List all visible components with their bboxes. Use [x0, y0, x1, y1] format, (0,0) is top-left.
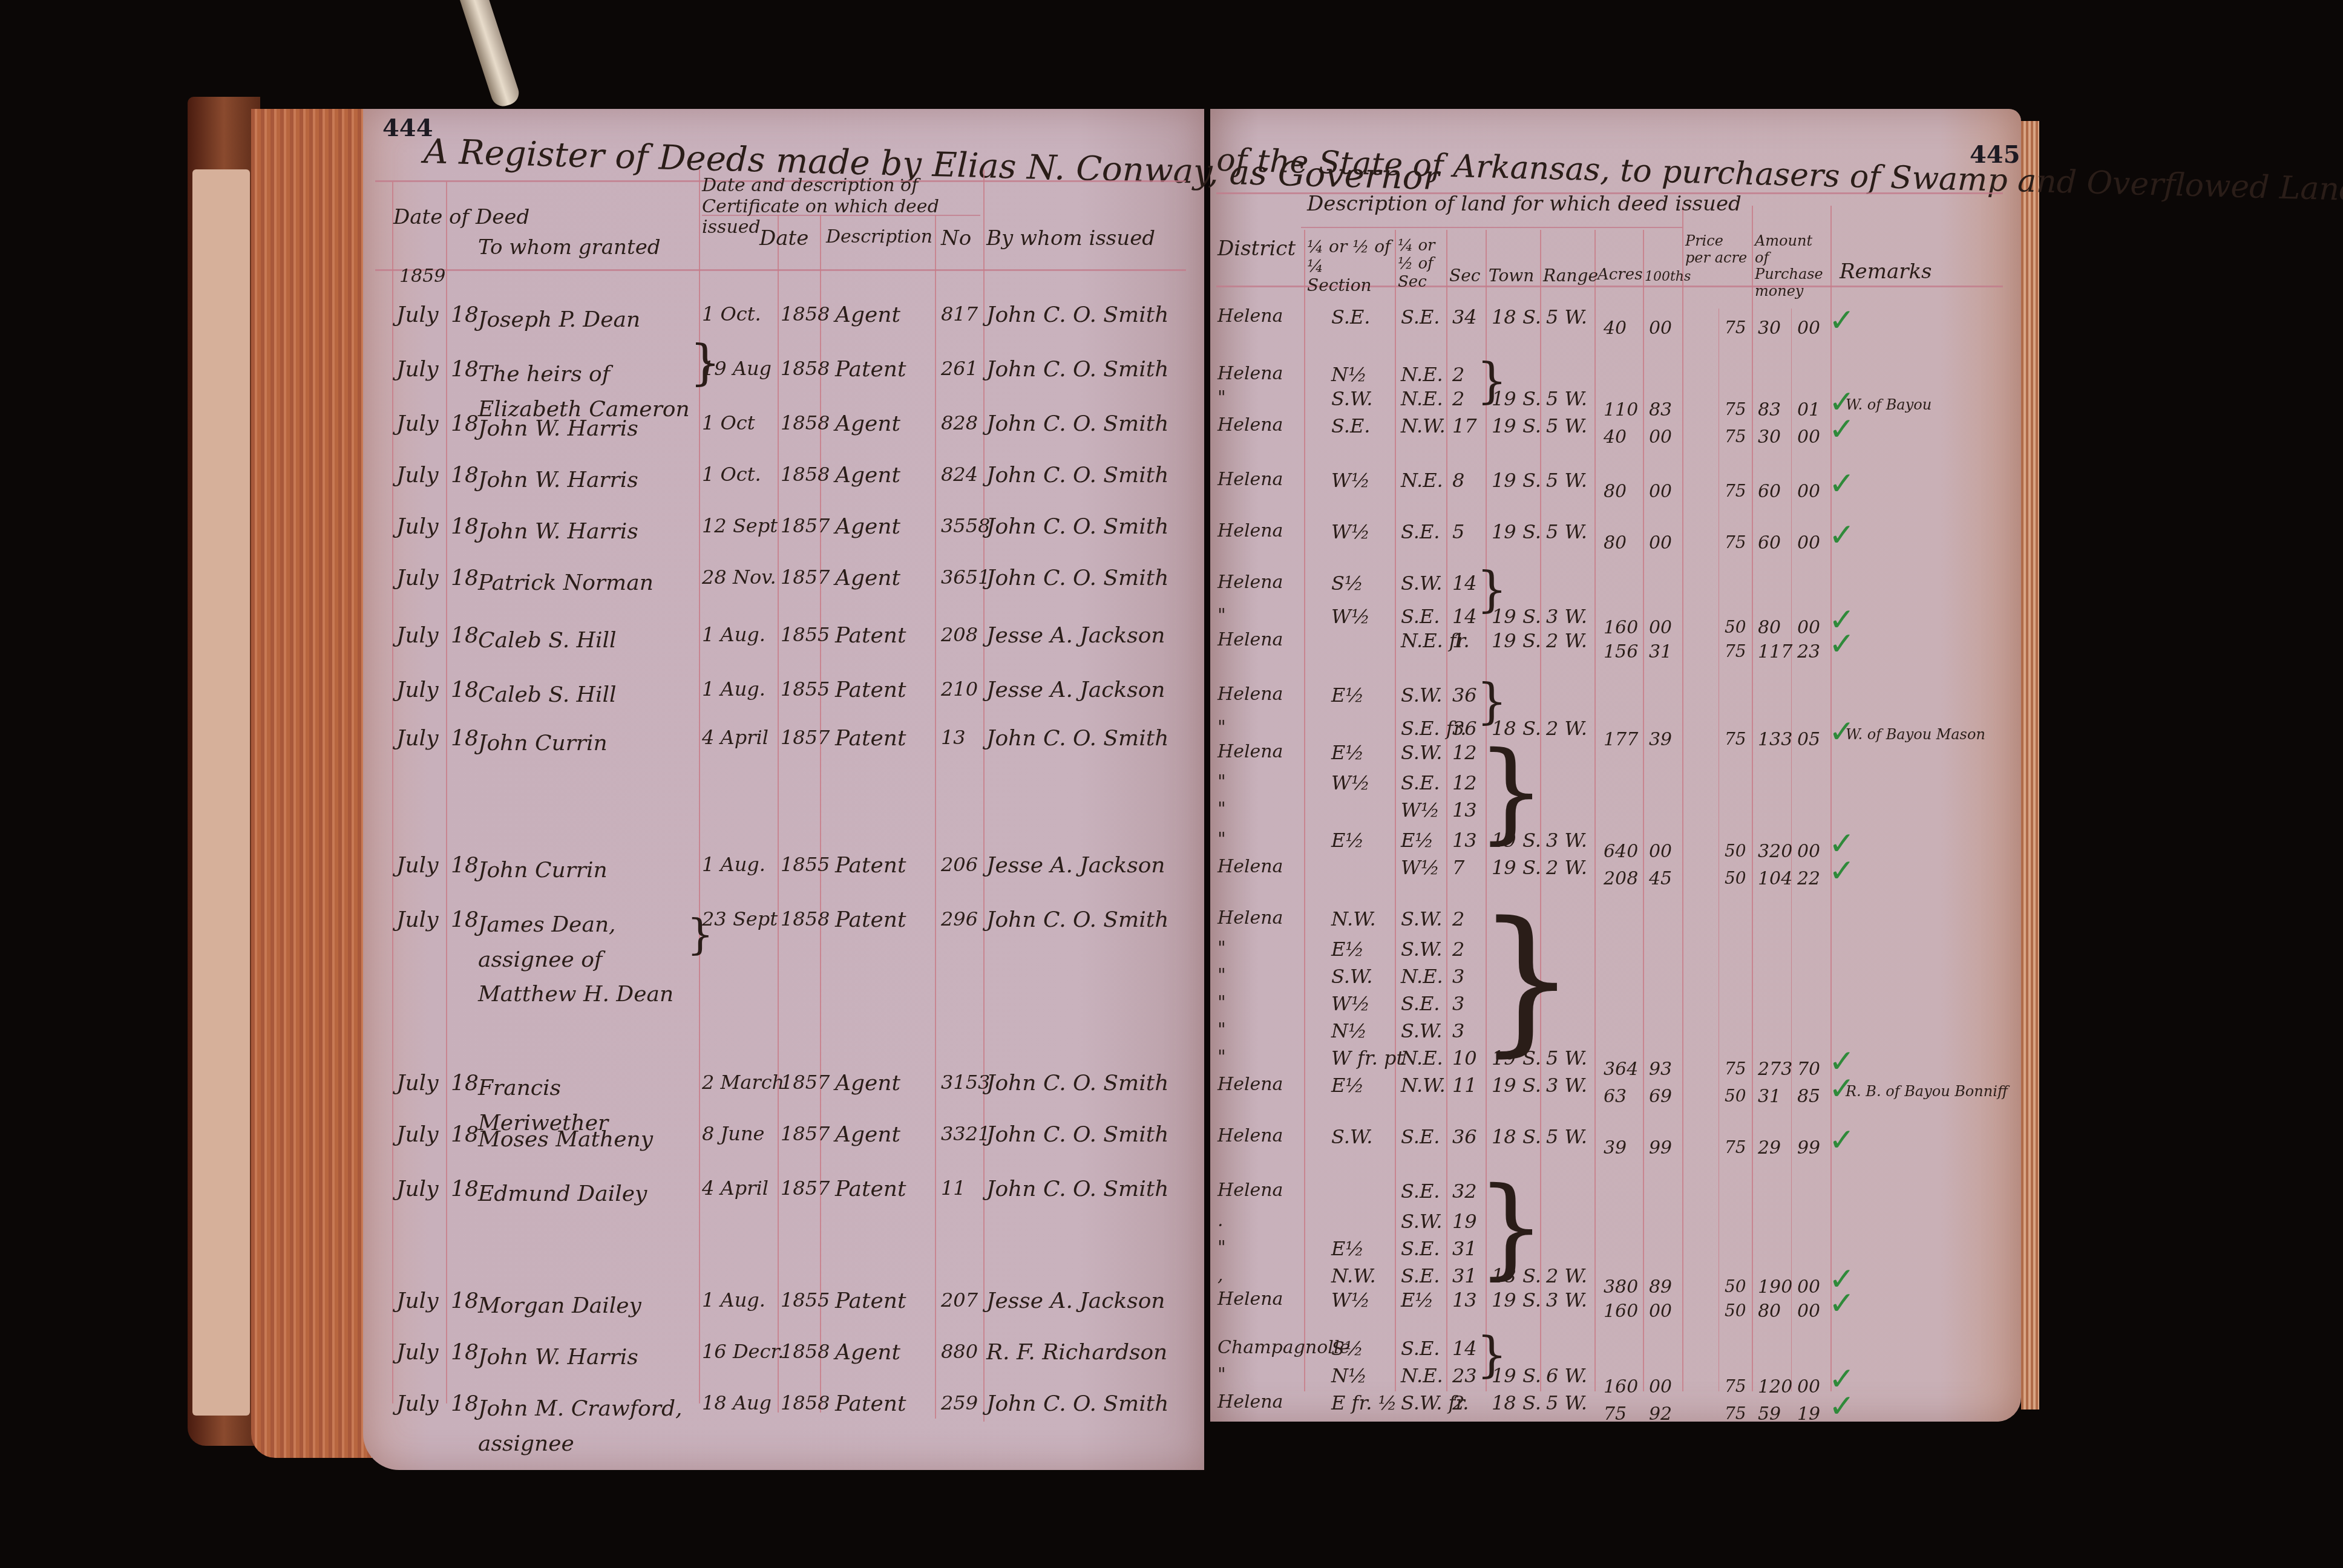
range: 3 W.: [1546, 1289, 1587, 1312]
certificate-date: 1 Aug.: [702, 678, 765, 701]
acres-hundredths: 00: [1649, 532, 1672, 554]
of-section: S.E.: [1401, 305, 1440, 328]
certificate-date: 1 Aug.: [702, 1289, 765, 1312]
issuer-name: John C. O. Smith: [986, 302, 1168, 327]
district-name: Helena: [1217, 629, 1283, 650]
range: 6 W.: [1546, 1364, 1587, 1387]
deed-day: 18: [451, 907, 479, 932]
deed-day: 18: [451, 463, 479, 488]
district-name: Helena: [1217, 414, 1283, 436]
of-section: S.W.: [1401, 938, 1442, 961]
district-name: ": [1217, 717, 1226, 738]
certificate-date: 4 April: [702, 726, 768, 749]
grantee-name: John W. Harris: [478, 463, 696, 498]
deed-day: 18: [451, 357, 479, 382]
of-section: S.E.: [1401, 771, 1440, 794]
certificate-date: 1 Oct: [702, 411, 755, 434]
section-number: 13: [1452, 1289, 1477, 1312]
certificate-date: 16 Decr.: [702, 1340, 784, 1363]
acres-hundredths: 00: [1649, 841, 1672, 862]
purchase-money-cents: 00: [1797, 481, 1820, 502]
col-line: [1682, 206, 1683, 1391]
purchase-money-dollars: 30: [1758, 426, 1781, 448]
deed-month: July: [396, 853, 438, 878]
issuer-name: John C. O. Smith: [986, 1071, 1168, 1096]
of-section: E½: [1401, 1289, 1434, 1312]
certificate-description: Patent: [835, 853, 906, 878]
deed-month: July: [396, 907, 438, 932]
verified-check-icon: ✓: [1829, 853, 1855, 889]
purchase-money-cents: 00: [1797, 617, 1820, 638]
brace: }: [1476, 678, 1507, 726]
col-line: [983, 169, 985, 1422]
header-purchase-money: Amount of Purchase money: [1755, 233, 1830, 299]
brace: }: [1476, 1331, 1507, 1379]
district-name: Helena: [1217, 469, 1283, 490]
deed-month: July: [396, 623, 438, 648]
certificate-year: 1855: [781, 853, 830, 876]
district-name: ": [1217, 799, 1226, 820]
deed-month: July: [396, 514, 438, 539]
certificate-year: 1855: [781, 678, 830, 701]
header-cert-no: No: [941, 227, 971, 250]
acres: 364: [1604, 1059, 1638, 1080]
quarter-section: N.W.: [1331, 907, 1376, 930]
quarter-section: S.W.: [1331, 965, 1372, 988]
deed-month: July: [396, 463, 438, 488]
section-number: 2: [1452, 907, 1464, 930]
range: 5 W.: [1546, 387, 1587, 410]
certificate-year: 1857: [781, 1071, 830, 1094]
deed-month: July: [396, 1289, 438, 1313]
brace: }: [1476, 901, 1576, 1059]
page-stack-edge: [251, 109, 372, 1458]
grantee-name: John W. Harris: [478, 514, 696, 549]
certificate-year: 1858: [781, 302, 830, 325]
range: 5 W.: [1546, 1391, 1587, 1414]
purchase-money-dollars: 117: [1758, 641, 1792, 662]
quarter-section: E½: [1331, 684, 1364, 707]
range: 3 W.: [1546, 829, 1587, 852]
remark-note: W. of Bayou Mason: [1846, 726, 1985, 743]
acres-hundredths: 89: [1649, 1276, 1672, 1298]
quarter-section: N½: [1331, 363, 1367, 386]
section-number: 5: [1452, 520, 1464, 543]
certificate-year: 1857: [781, 1177, 830, 1200]
of-section: S.W.: [1401, 1210, 1442, 1233]
issuer-name: Jesse A. Jackson: [986, 623, 1165, 648]
verified-check-icon: ✓: [1829, 302, 1855, 339]
certificate-date: 4 April: [702, 1177, 768, 1200]
deed-day: 18: [451, 1122, 479, 1147]
quarter-section: E½: [1331, 829, 1364, 852]
township: 19 S.: [1492, 1289, 1541, 1312]
price-per-acre: 75: [1725, 426, 1746, 446]
certificate-description: Agent: [835, 514, 900, 539]
section-number: 31: [1452, 1237, 1477, 1260]
certificate-number: 3558: [941, 514, 990, 537]
acres-hundredths: 00: [1649, 426, 1672, 448]
of-section: S.W.: [1401, 572, 1442, 595]
certificate-description: Patent: [835, 907, 906, 932]
acres: 160: [1604, 1376, 1638, 1397]
certificate-date: 18 Aug: [702, 1391, 772, 1414]
purchase-money-cents: 22: [1797, 868, 1820, 889]
deed-month: July: [396, 1071, 438, 1096]
header-hundredths: 100ths: [1645, 269, 1691, 284]
purchase-money-dollars: 320: [1758, 841, 1792, 862]
acres: 40: [1604, 426, 1627, 448]
verified-check-icon: ✓: [1829, 1388, 1855, 1425]
district-name: ": [1217, 1019, 1226, 1040]
deed-month: July: [396, 1177, 438, 1201]
purchase-money-cents: 00: [1797, 532, 1820, 554]
col-line: [820, 215, 821, 1413]
remark-note: R. B. of Bayou Bonniff: [1846, 1083, 2008, 1100]
price-per-acre: 75: [1725, 318, 1746, 338]
section-number: 34: [1452, 305, 1477, 328]
brace: }: [690, 339, 721, 387]
acres-hundredths: 92: [1649, 1403, 1672, 1425]
district-name: ": [1217, 771, 1226, 792]
district-name: ": [1217, 1237, 1226, 1258]
section-number: 3: [1452, 992, 1464, 1015]
grantee-name: Edmund Dailey: [478, 1177, 696, 1212]
certificate-number: 817: [941, 302, 978, 325]
district-name: Helena: [1217, 1125, 1283, 1146]
header-town: Town: [1489, 266, 1534, 286]
price-per-acre: 75: [1725, 1059, 1746, 1079]
certificate-number: 11: [941, 1177, 966, 1200]
township: 19 S.: [1492, 629, 1541, 652]
col-line: [935, 215, 936, 1419]
section-number: 14: [1452, 1337, 1477, 1360]
acres-hundredths: 99: [1649, 1137, 1672, 1158]
of-section: S.E.: [1401, 1337, 1440, 1360]
deed-day: 18: [451, 1289, 479, 1313]
range: 5 W.: [1546, 305, 1587, 328]
deed-day: 18: [451, 1340, 479, 1365]
purchase-money-dollars: 59: [1758, 1403, 1781, 1425]
quarter-section: W½: [1331, 520, 1370, 543]
brace: }: [1476, 1174, 1546, 1282]
section-number: 2: [1452, 1391, 1464, 1414]
district-name: ": [1217, 938, 1226, 959]
acres-hundredths: 69: [1649, 1086, 1672, 1107]
certificate-description: Patent: [835, 1289, 906, 1313]
certificate-date: 1 Oct.: [702, 302, 761, 325]
issuer-name: John C. O. Smith: [986, 514, 1168, 539]
quarter-section: E fr. ½: [1331, 1391, 1397, 1414]
header-to-whom-granted: To whom granted: [478, 236, 661, 260]
grantee-name: Caleb S. Hill: [478, 623, 696, 658]
section-number: 8: [1452, 469, 1464, 492]
section-number: 10: [1452, 1047, 1477, 1070]
of-section: N.E.: [1401, 469, 1443, 492]
purchase-money-dollars: 60: [1758, 532, 1781, 554]
certificate-number: 3153: [941, 1071, 990, 1094]
grantee-name: Patrick Norman: [478, 566, 696, 601]
purchase-money-cents: 70: [1797, 1059, 1820, 1080]
district-name: ": [1217, 1364, 1226, 1385]
deed-month: July: [396, 1391, 438, 1416]
of-section: W½: [1401, 799, 1440, 822]
issuer-name: John C. O. Smith: [986, 726, 1168, 751]
certificate-date: 1 Oct.: [702, 463, 761, 486]
deed-month: July: [396, 726, 438, 751]
issuer-name: R. F. Richardson: [986, 1340, 1167, 1365]
acres: 80: [1604, 481, 1627, 502]
verified-check-icon: ✓: [1829, 626, 1855, 662]
col-line: [1830, 206, 1832, 1391]
quarter-section: N.W.: [1331, 1264, 1376, 1287]
deed-day: 18: [451, 623, 479, 648]
acres: 380: [1604, 1276, 1638, 1298]
section-number: 23: [1452, 1364, 1477, 1387]
acres-hundredths: 31: [1649, 641, 1672, 662]
purchase-money-dollars: 31: [1758, 1086, 1781, 1107]
district-name: Helena: [1217, 363, 1283, 384]
purchase-money-dollars: 273: [1758, 1059, 1792, 1080]
certificate-year: 1857: [781, 726, 830, 749]
district-name: Helena: [1217, 741, 1283, 762]
district-name: Helena: [1217, 572, 1283, 593]
district-name: ": [1217, 1047, 1226, 1068]
verified-check-icon: ✓: [1829, 411, 1855, 448]
purchase-money-cents: 00: [1797, 426, 1820, 448]
price-per-acre: 75: [1725, 399, 1746, 419]
certificate-year: 1858: [781, 357, 830, 380]
acres: 160: [1604, 1301, 1638, 1322]
certificate-number: 3651: [941, 566, 990, 589]
certificate-number: 261: [941, 357, 978, 380]
grantee-name: Joseph P. Dean: [478, 302, 696, 338]
purchase-money-dollars: 80: [1758, 1301, 1781, 1322]
acres-hundredths: 00: [1649, 1301, 1672, 1322]
price-per-acre: 50: [1725, 1301, 1746, 1321]
township: 18 S.: [1492, 1391, 1541, 1414]
section-number: 17: [1452, 414, 1477, 437]
section-number: 11: [1452, 1074, 1477, 1097]
range: 2 W.: [1546, 1264, 1587, 1287]
col-line: [1395, 230, 1396, 1391]
certificate-number: 824: [941, 463, 978, 486]
quarter-section: S.E.: [1331, 305, 1370, 328]
col-line: [1446, 230, 1447, 1391]
certificate-date: 2 March: [702, 1071, 784, 1094]
acres-hundredths: 45: [1649, 868, 1672, 889]
district-name: ": [1217, 992, 1226, 1013]
certificate-year: 1855: [781, 1289, 830, 1312]
header-quarter-section: ¼ or ½ of ¼ Section: [1307, 237, 1392, 296]
district-name: ": [1217, 965, 1226, 986]
certificate-number: 13: [941, 726, 966, 749]
certificate-date: 1 Aug.: [702, 853, 765, 876]
certificate-number: 3321: [941, 1122, 990, 1145]
certificate-description: Agent: [835, 411, 900, 436]
col-line: [1643, 230, 1644, 1391]
quarter-section: S.E.: [1331, 414, 1370, 437]
section-number: 13: [1452, 799, 1477, 822]
deed-month: July: [396, 566, 438, 590]
deed-day: 18: [451, 1177, 479, 1201]
deed-month: July: [396, 302, 438, 327]
section-number: 14: [1452, 572, 1477, 595]
col-line: [778, 215, 779, 1413]
col-line: [1304, 230, 1305, 1391]
district-name: Helena: [1217, 305, 1283, 327]
certificate-description: Patent: [835, 357, 906, 382]
section-number: 36: [1452, 1125, 1477, 1148]
price-per-acre: 50: [1725, 617, 1746, 637]
township: 19 S.: [1492, 1074, 1541, 1097]
certificate-year: 1857: [781, 566, 830, 589]
acres-hundredths: 93: [1649, 1059, 1672, 1080]
issuer-name: Jesse A. Jackson: [986, 1289, 1165, 1313]
verified-check-icon: ✓: [1829, 1122, 1855, 1158]
certificate-description: Agent: [835, 463, 900, 488]
deed-day: 18: [451, 1391, 479, 1416]
district-name: ": [1217, 605, 1226, 626]
quarter-section: W½: [1331, 605, 1370, 628]
header-price-per-acre: Price per acre: [1685, 233, 1752, 266]
certificate-description: Patent: [835, 1177, 906, 1201]
of-section: S.W.: [1401, 907, 1442, 930]
deed-month: July: [396, 1340, 438, 1365]
year-note: 1859: [399, 266, 445, 287]
acres-hundredths: 00: [1649, 1376, 1672, 1397]
section-number: 19: [1452, 1210, 1477, 1233]
price-per-acre: 75: [1725, 641, 1746, 661]
section-number: 2: [1452, 387, 1464, 410]
certificate-year: 1857: [781, 514, 830, 537]
of-section: E½: [1401, 829, 1434, 852]
of-section: N.E.: [1401, 387, 1443, 410]
certificate-number: 207: [941, 1289, 978, 1312]
remark-note: W. of Bayou: [1846, 396, 1932, 413]
grantee-name: Moses Matheny: [478, 1122, 696, 1157]
purchase-money-dollars: 30: [1758, 318, 1781, 339]
certificate-number: 210: [941, 678, 978, 701]
township: 19 S.: [1492, 520, 1541, 543]
quarter-section: W fr. pt: [1331, 1047, 1404, 1070]
deed-day: 18: [451, 853, 479, 878]
certificate-description: Patent: [835, 678, 906, 702]
issuer-name: John C. O. Smith: [986, 411, 1168, 436]
acres-hundredths: 83: [1649, 399, 1672, 420]
of-section: S.W.: [1401, 1019, 1442, 1042]
acres: 40: [1604, 318, 1627, 339]
price-per-acre: 75: [1725, 729, 1746, 749]
of-section: W½: [1401, 856, 1440, 879]
district-name: ": [1217, 829, 1226, 850]
of-section: S.E.: [1401, 520, 1440, 543]
bookmark-clip: [460, 0, 522, 109]
purchase-money-cents: 99: [1797, 1137, 1820, 1158]
of-section: N.W.: [1401, 414, 1446, 437]
range: 5 W.: [1546, 520, 1587, 543]
district-name: Helena: [1217, 684, 1283, 705]
deed-day: 18: [451, 678, 479, 702]
acres: 39: [1604, 1137, 1627, 1158]
range: 5 W.: [1546, 1125, 1587, 1148]
certificate-year: 1857: [781, 1122, 830, 1145]
issuer-name: John C. O. Smith: [986, 357, 1168, 382]
certificate-date: 8 June: [702, 1122, 765, 1145]
certificate-number: 259: [941, 1391, 978, 1414]
issuer-name: Jesse A. Jackson: [986, 853, 1165, 878]
section-number: 3: [1452, 965, 1464, 988]
section-number: 14: [1452, 605, 1477, 628]
purchase-money-dollars: 29: [1758, 1137, 1781, 1158]
range: 3 W.: [1546, 605, 1587, 628]
price-per-acre: 50: [1725, 868, 1746, 888]
of-section: N.E.: [1401, 1047, 1443, 1070]
grantee-name: James Dean, assignee of Matthew H. Dean: [478, 907, 696, 1012]
acres: 177: [1604, 729, 1638, 750]
quarter-section: E½: [1331, 741, 1364, 764]
header-cert-description: Description: [826, 227, 932, 248]
header-cert-date: Date: [759, 227, 808, 250]
price-per-acre: 75: [1725, 1137, 1746, 1157]
verified-check-icon: ✓: [1829, 466, 1855, 502]
quarter-section: S.W.: [1331, 1125, 1372, 1148]
section-number: 36: [1452, 684, 1477, 707]
acres: 75: [1604, 1403, 1627, 1425]
header-remarks: Remarks: [1840, 260, 1932, 284]
of-section: S.E.: [1401, 1125, 1440, 1148]
of-section: S.W.: [1401, 741, 1442, 764]
brace: }: [687, 913, 714, 956]
township: 19 S.: [1492, 856, 1541, 879]
district-name: Helena: [1217, 907, 1283, 929]
purchase-money-dollars: 60: [1758, 481, 1781, 502]
district-name: Helena: [1217, 1391, 1283, 1413]
purchase-money-cents: 00: [1797, 1376, 1820, 1397]
price-per-acre: 75: [1725, 1376, 1746, 1396]
of-section: S.E.: [1401, 1237, 1440, 1260]
section-number: 12: [1452, 771, 1477, 794]
district-name: ,: [1217, 1264, 1224, 1285]
brace: }: [1476, 357, 1507, 405]
certificate-year: 1858: [781, 907, 830, 930]
col-line: [1719, 309, 1719, 1391]
acres: 156: [1604, 641, 1638, 662]
header-land-group: Description of land for which deed issue…: [1307, 192, 1742, 216]
verified-check-icon: ✓: [1829, 1285, 1855, 1322]
section-number: 3: [1452, 1019, 1464, 1042]
price-per-acre: 50: [1725, 841, 1746, 861]
of-section: N.E.: [1401, 965, 1443, 988]
header-rule-left: [375, 269, 1186, 271]
acres: 640: [1604, 841, 1638, 862]
deed-day: 18: [451, 411, 479, 436]
certificate-description: Agent: [835, 1071, 900, 1096]
certificate-date: 28 Nov.: [702, 566, 776, 589]
certificate-number: 206: [941, 853, 978, 876]
district-name: Helena: [1217, 856, 1283, 877]
header-range: Range: [1543, 266, 1598, 286]
district-name: Champagnolle: [1217, 1337, 1350, 1358]
deed-day: 18: [451, 1071, 479, 1096]
range: 2 W.: [1546, 856, 1587, 879]
certificate-year: 1858: [781, 463, 830, 486]
certificate-date: 12 Sept: [702, 514, 778, 537]
quarter-section: W½: [1331, 771, 1370, 794]
purchase-money-cents: 23: [1797, 641, 1820, 662]
purchase-money-dollars: 120: [1758, 1376, 1792, 1397]
section-number: 32: [1452, 1180, 1477, 1203]
